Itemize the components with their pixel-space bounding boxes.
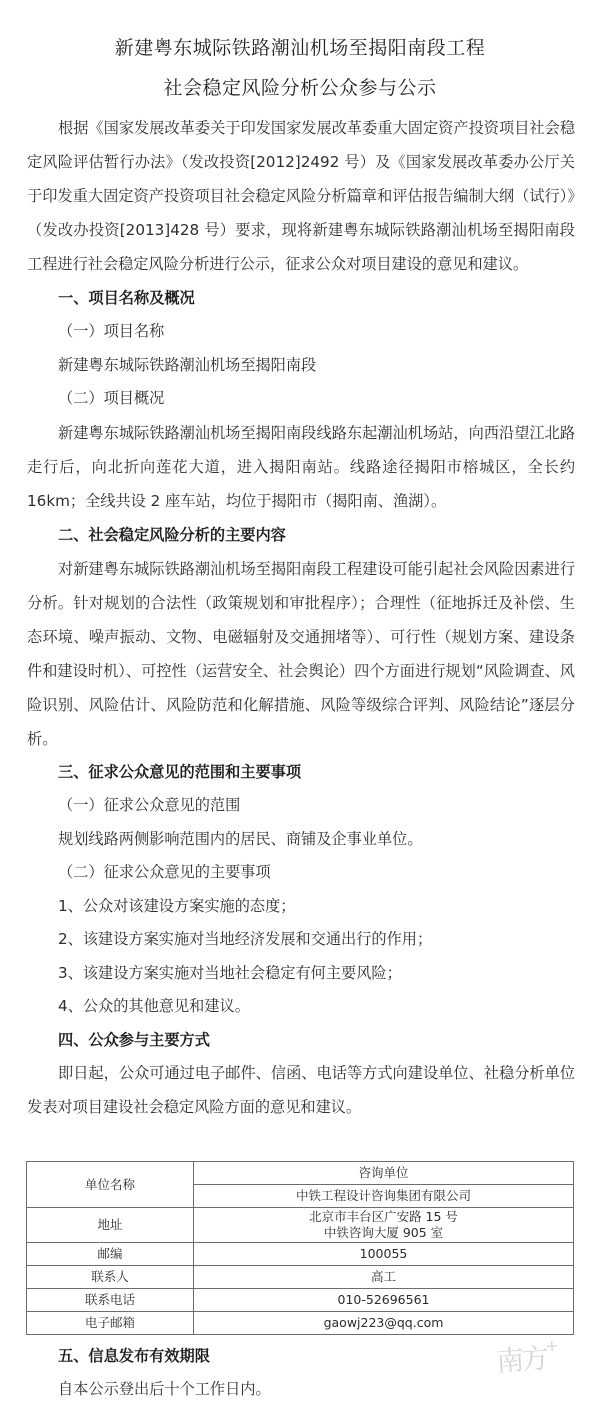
table-value-cell: gaowj223@qq.com [194, 1312, 574, 1335]
table-value-cell: 100055 [194, 1243, 574, 1266]
section-1-sub2-text: 新建粤东城际铁路潮汕机场至揭阳南段线路东起潮汕机场站，向西沿望江北路走行后，向北… [27, 416, 575, 518]
section-1-heading: 一、项目名称及概况 [27, 281, 575, 315]
section-3-sub1-heading: （一）征求公众意见的范围 [27, 789, 575, 823]
contact-table: 单位名称 咨询单位 中铁工程设计咨询集团有限公司 地址 北京市丰台区广安路 15… [26, 1161, 574, 1335]
table-label-cell: 电子邮箱 [27, 1312, 194, 1335]
section-1-sub1-heading: （一）项目名称 [27, 315, 575, 349]
document-tail: 五、信息发布有效期限 自本公示登出后十个工作日内。 [27, 1340, 575, 1406]
table-value-cell: 北京市丰台区广安路 15 号 中铁咨询大厦 905 室 [194, 1208, 574, 1243]
table-label-cell: 邮编 [27, 1243, 194, 1266]
section-2-text: 对新建粤东城际铁路潮汕机场至揭阳南段工程建设可能引起社会风险因素进行分析。针对规… [27, 552, 575, 756]
table-row: 地址 北京市丰台区广安路 15 号 中铁咨询大厦 905 室 [27, 1208, 574, 1243]
section-3-sub2-heading: （二）征求公众意见的主要事项 [27, 856, 575, 890]
table-value-cell: 中铁工程设计咨询集团有限公司 [194, 1185, 574, 1208]
table-row: 联系电话 010-52696561 [27, 1289, 574, 1312]
document-page: 新建粤东城际铁路潮汕机场至揭阳南段工程 社会稳定风险分析公众参与公示 根据《国家… [0, 0, 600, 1410]
table-value-cell: 咨询单位 [194, 1162, 574, 1185]
watermark-text: 南方 [495, 1342, 547, 1378]
document-title-line1: 新建粤东城际铁路潮汕机场至揭阳南段工程 [0, 33, 600, 60]
table-label-cell: 联系电话 [27, 1289, 194, 1312]
section-3-heading: 三、征求公众意见的范围和主要事项 [27, 756, 575, 790]
section-5-heading: 五、信息发布有效期限 [27, 1340, 575, 1373]
watermark-logo: 南方+ [495, 1336, 558, 1380]
address-line2: 中铁咨询大厦 905 室 [194, 1225, 573, 1241]
section-5-text: 自本公示登出后十个工作日内。 [27, 1373, 575, 1406]
list-item: 2、该建设方案实施对当地经济发展和交通出行的作用； [27, 923, 575, 957]
document-body: 根据《国家发展改革委关于印发国家发展改革委重大固定资产投资项目社会稳定风险评估暂… [27, 111, 575, 1124]
section-2-heading: 二、社会稳定风险分析的主要内容 [27, 518, 575, 552]
document-title-line2: 社会稳定风险分析公众参与公示 [0, 73, 600, 100]
table-value-cell: 高工 [194, 1266, 574, 1289]
section-4-heading: 四、公众参与主要方式 [27, 1024, 575, 1058]
list-item: 1、公众对该建设方案实施的态度； [27, 890, 575, 924]
section-1-sub2-heading: （二）项目概况 [27, 382, 575, 416]
intro-paragraph: 根据《国家发展改革委关于印发国家发展改革委重大固定资产投资项目社会稳定风险评估暂… [27, 111, 575, 281]
plus-icon: + [545, 1336, 557, 1356]
table-row: 电子邮箱 gaowj223@qq.com [27, 1312, 574, 1335]
table-value-cell: 010-52696561 [194, 1289, 574, 1312]
table-row: 单位名称 咨询单位 [27, 1162, 574, 1185]
table-row: 邮编 100055 [27, 1243, 574, 1266]
list-item: 4、公众的其他意见和建议。 [27, 990, 575, 1024]
table-label-cell: 单位名称 [27, 1162, 194, 1208]
section-4-text: 即日起，公众可通过电子邮件、信函、电话等方式向建设单位、社稳分析单位发表对项目建… [27, 1057, 575, 1124]
table-row: 联系人 高工 [27, 1266, 574, 1289]
table-label-cell: 联系人 [27, 1266, 194, 1289]
section-1-sub1-text: 新建粤东城际铁路潮汕机场至揭阳南段 [27, 349, 575, 383]
table-label-cell: 地址 [27, 1208, 194, 1243]
address-line1: 北京市丰台区广安路 15 号 [194, 1209, 573, 1225]
section-3-sub1-text: 规划线路两侧影响范围内的居民、商铺及企事业单位。 [27, 823, 575, 857]
list-item: 3、该建设方案实施对当地社会稳定有何主要风险； [27, 957, 575, 991]
